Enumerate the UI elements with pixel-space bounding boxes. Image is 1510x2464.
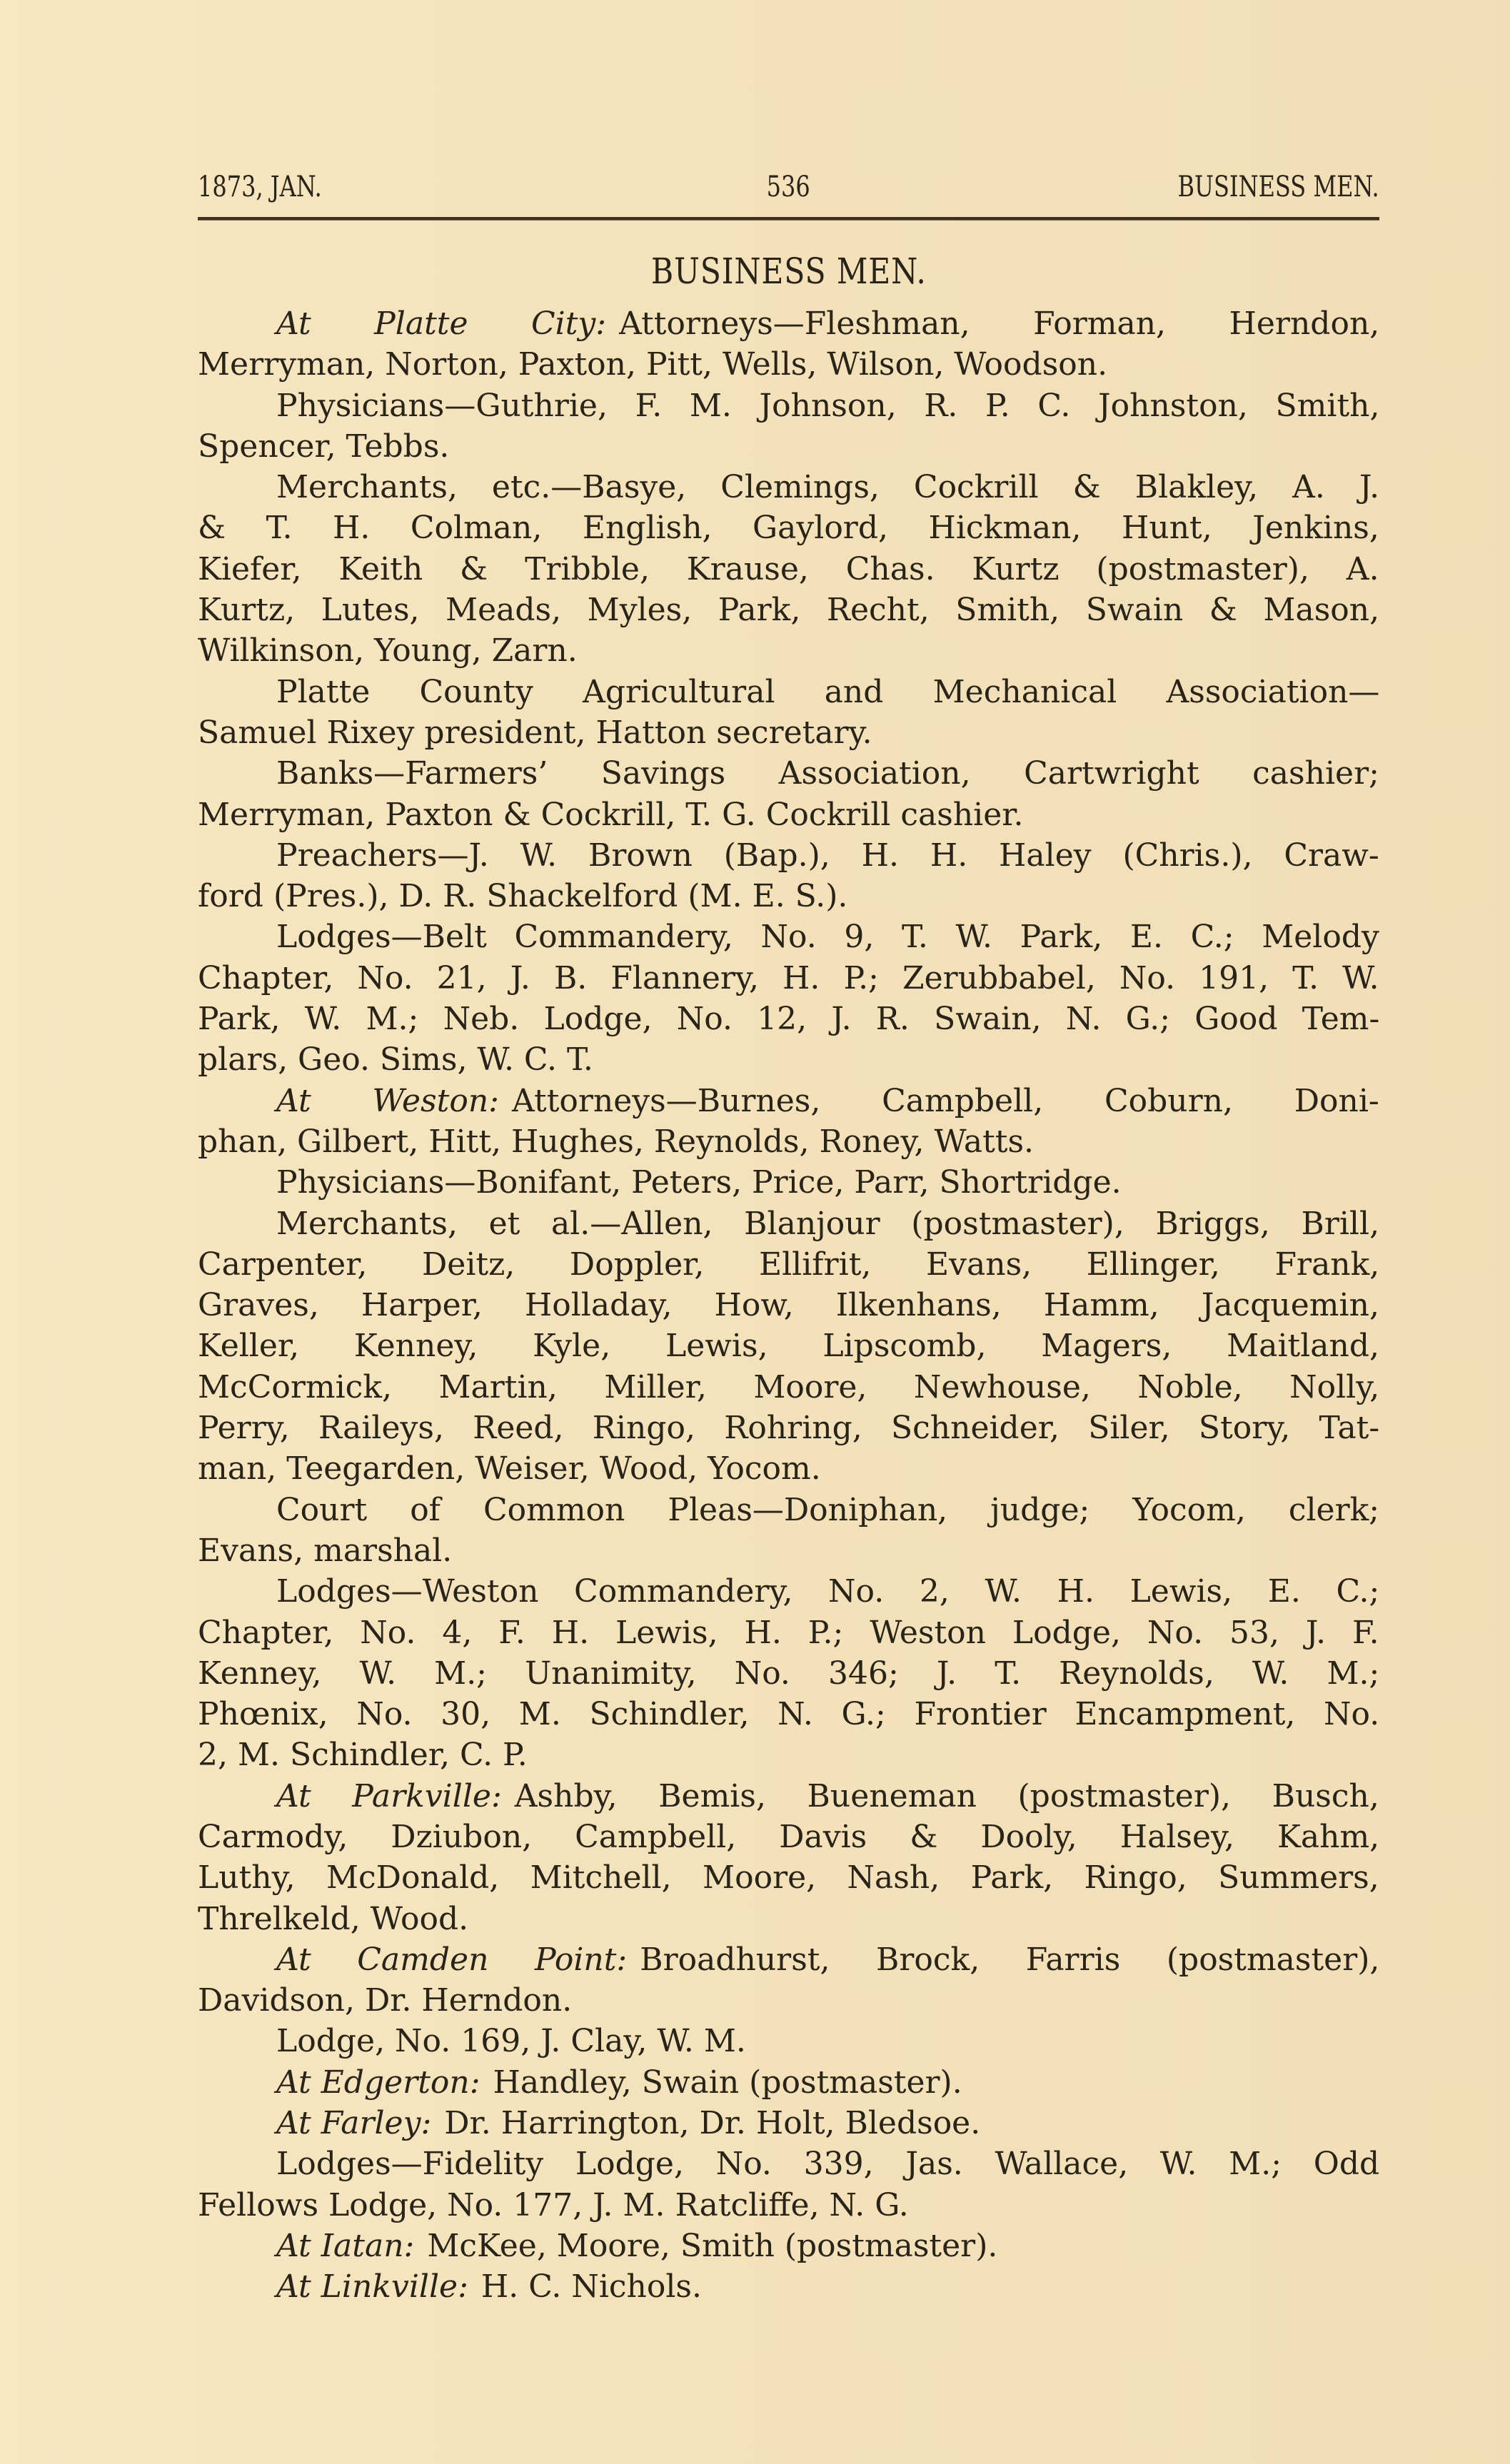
line-text: & T. H. Colman, English, Gaylord, Hickma… (198, 510, 1379, 546)
line-text: Kurtz, Lutes, Meads, Myles, Park, Recht,… (198, 592, 1379, 628)
text-line: Preachers—J. W. Brown (Bap.), H. H. Hale… (198, 835, 1379, 876)
text-line: Merchants, et al.—Allen, Blanjour (postm… (198, 1203, 1379, 1244)
place-name-heading: At Camden Point: (276, 1942, 627, 1978)
text-line: Lodge, No. 169, J. Clay, W. M. (198, 2021, 1379, 2061)
line-text: Wilkinson, Young, Zarn. (198, 632, 578, 669)
text-line: At Edgerton:Handley, Swain (postmaster). (198, 2062, 1379, 2103)
text-line: At Weston:Attorneys—Burnes, Campbell, Co… (198, 1081, 1379, 1121)
text-line: Wilkinson, Young, Zarn. (198, 630, 1379, 671)
line-text: Merryman, Norton, Paxton, Pitt, Wells, W… (198, 346, 1107, 383)
text-line: man, Teegarden, Weiser, Wood, Yocom. (198, 1448, 1379, 1489)
text-line: Court of Common Pleas—Doniphan, judge; Y… (198, 1490, 1379, 1530)
line-text: man, Teegarden, Weiser, Wood, Yocom. (198, 1450, 821, 1487)
text-line: Merchants, etc.—Basye, Clemings, Cockril… (198, 467, 1379, 508)
text-line: Spencer, Tebbs. (198, 426, 1379, 467)
text-line: Carpenter, Deitz, Doppler, Ellifrit, Eva… (198, 1244, 1379, 1285)
line-text: Keller, Kenney, Kyle, Lewis, Lipscomb, M… (198, 1328, 1379, 1364)
text-line: Kenney, W. M.; Unanimity, No. 346; J. T.… (198, 1653, 1379, 1694)
line-text: Platte County Agricultural and Mechanica… (276, 674, 1379, 710)
text-line: Carmody, Dziubon, Campbell, Davis & Dool… (198, 1817, 1379, 1857)
line-text: Kiefer, Keith & Tribble, Krause, Chas. K… (198, 551, 1379, 587)
line-text: Threlkeld, Wood. (198, 1901, 468, 1937)
running-head-section-text: BUSINESS MEN. (1178, 166, 1379, 208)
text-line: Park, W. M.; Neb. Lodge, No. 12, J. R. S… (198, 999, 1379, 1039)
line-text: Attorneys—Fleshman, Forman, Herndon, (619, 306, 1379, 342)
line-text: Spencer, Tebbs. (198, 428, 449, 465)
line-text: Merryman, Paxton & Cockrill, T. G. Cockr… (198, 797, 1023, 833)
place-name-heading: At Parkville: (276, 1778, 502, 1814)
text-line: Graves, Harper, Holladay, How, Ilkenhans… (198, 1285, 1379, 1326)
line-text: Dr. Harrington, Dr. Holt, Bledsoe. (444, 2105, 980, 2141)
header-rule-divider (198, 217, 1379, 221)
place-name-heading: At Weston: (276, 1083, 499, 1119)
line-text: Merchants, etc.—Basye, Clemings, Cockril… (276, 469, 1379, 505)
text-line: Luthy, McDonald, Mitchell, Moore, Nash, … (198, 1857, 1379, 1898)
line-text: Carmody, Dziubon, Campbell, Davis & Dool… (198, 1819, 1379, 1855)
line-text: Ashby, Bemis, Bueneman (postmaster), Bus… (515, 1778, 1379, 1814)
text-line: phan, Gilbert, Hitt, Hughes, Reynolds, R… (198, 1121, 1379, 1162)
text-line: At Farley:Dr. Harrington, Dr. Holt, Bled… (198, 2103, 1379, 2144)
text-line: At Camden Point:Broadhurst, Brock, Farri… (198, 1939, 1379, 1980)
text-line: McCormick, Martin, Miller, Moore, Newhou… (198, 1367, 1379, 1408)
text-line: Banks—Farmers’ Savings Association, Cart… (198, 753, 1379, 794)
text-line: Perry, Raileys, Reed, Ringo, Rohring, Sc… (198, 1408, 1379, 1448)
text-line: Keller, Kenney, Kyle, Lewis, Lipscomb, M… (198, 1326, 1379, 1366)
text-line: Lodges—Belt Commandery, No. 9, T. W. Par… (198, 917, 1379, 957)
line-text: Graves, Harper, Holladay, How, Ilkenhans… (198, 1287, 1379, 1323)
line-text: McKee, Moore, Smith (postmaster). (427, 2228, 997, 2264)
line-text: phan, Gilbert, Hitt, Hughes, Reynolds, R… (198, 1124, 1034, 1160)
text-line: & T. H. Colman, English, Gaylord, Hickma… (198, 508, 1379, 548)
text-line: Physicians—Guthrie, F. M. Johnson, R. P.… (198, 385, 1379, 426)
line-text: Kenney, W. M.; Unanimity, No. 346; J. T.… (198, 1655, 1379, 1692)
line-text: Fellows Lodge, No. 177, J. M. Ratcliffe,… (198, 2187, 909, 2223)
text-line: ford (Pres.), D. R. Shackelford (M. E. S… (198, 876, 1379, 917)
line-text: Attorneys—Burnes, Campbell, Coburn, Doni… (512, 1083, 1379, 1119)
text-line: At Linkville:H. C. Nichols. (198, 2266, 1379, 2307)
line-text: Handley, Swain (postmaster). (493, 2064, 962, 2101)
text-line: Lodges—Weston Commandery, No. 2, W. H. L… (198, 1571, 1379, 1612)
line-text: Broadhurst, Brock, Farris (postmaster), (640, 1942, 1379, 1978)
text-line: Evans, marshal. (198, 1530, 1379, 1571)
line-text: Court of Common Pleas—Doniphan, judge; Y… (276, 1492, 1379, 1528)
place-name-heading: At Linkville: (276, 2268, 468, 2305)
place-name-heading: At Platte City: (276, 306, 606, 342)
line-text: McCormick, Martin, Miller, Moore, Newhou… (198, 1369, 1379, 1405)
line-text: Park, W. M.; Neb. Lodge, No. 12, J. R. S… (198, 1001, 1379, 1037)
line-text: Evans, marshal. (198, 1533, 452, 1569)
running-head-section: BUSINESS MEN. (1127, 166, 1379, 208)
text-line: Fellows Lodge, No. 177, J. M. Ratcliffe,… (198, 2185, 1379, 2226)
line-text: H. C. Nichols. (481, 2268, 702, 2305)
line-text: Lodge, No. 169, J. Clay, W. M. (276, 2023, 746, 2059)
text-line: Physicians—Bonifant, Peters, Price, Parr… (198, 1162, 1379, 1203)
line-text: Banks—Farmers’ Savings Association, Cart… (276, 755, 1379, 792)
text-line: 2, M. Schindler, C. P. (198, 1735, 1379, 1775)
text-line: Phœnix, No. 30, M. Schindler, N. G.; Fro… (198, 1694, 1379, 1735)
text-line: Davidson, Dr. Herndon. (198, 1980, 1379, 2021)
line-text: Lodges—Weston Commandery, No. 2, W. H. L… (276, 1573, 1379, 1610)
text-line: At Parkville:Ashby, Bemis, Bueneman (pos… (198, 1776, 1379, 1817)
line-text: Perry, Raileys, Reed, Ringo, Rohring, Sc… (198, 1410, 1379, 1446)
text-line: At Platte City:Attorneys—Fleshman, Forma… (198, 303, 1379, 344)
text-line: Lodges—Fidelity Lodge, No. 339, Jas. Wal… (198, 2144, 1379, 2184)
line-text: Luthy, McDonald, Mitchell, Moore, Nash, … (198, 1859, 1379, 1896)
line-text: Phœnix, No. 30, M. Schindler, N. G.; Fro… (198, 1696, 1379, 1732)
text-line: Platte County Agricultural and Mechanica… (198, 672, 1379, 712)
text-line: plars, Geo. Sims, W. C. T. (198, 1039, 1379, 1080)
directory-listing-body: At Platte City:Attorneys—Fleshman, Forma… (198, 303, 1379, 2308)
place-name-heading: At Iatan: (276, 2228, 414, 2264)
page-number-text: 536 (767, 166, 810, 208)
line-text: ford (Pres.), D. R. Shackelford (M. E. S… (198, 878, 847, 914)
text-line: At Iatan:McKee, Moore, Smith (postmaster… (198, 2226, 1379, 2266)
line-text: plars, Geo. Sims, W. C. T. (198, 1041, 593, 1078)
section-title: BUSINESS MEN. (198, 248, 1379, 294)
line-text: Merchants, et al.—Allen, Blanjour (postm… (276, 1206, 1379, 1242)
line-text: Lodges—Fidelity Lodge, No. 339, Jas. Wal… (276, 2146, 1379, 2182)
line-text: Davidson, Dr. Herndon. (198, 1982, 572, 2019)
text-line: Kiefer, Keith & Tribble, Krause, Chas. K… (198, 549, 1379, 590)
line-text: Samuel Rixey president, Hatton secretary… (198, 715, 872, 751)
line-text: 2, M. Schindler, C. P. (198, 1737, 528, 1773)
text-line: Samuel Rixey president, Hatton secretary… (198, 712, 1379, 753)
text-line: Chapter, No. 4, F. H. Lewis, H. P.; West… (198, 1612, 1379, 1653)
text-line: Threlkeld, Wood. (198, 1899, 1379, 1939)
line-text: Chapter, No. 21, J. B. Flannery, H. P.; … (198, 960, 1379, 996)
line-text: Carpenter, Deitz, Doppler, Ellifrit, Eva… (198, 1246, 1379, 1283)
line-text: Lodges—Belt Commandery, No. 9, T. W. Par… (276, 919, 1379, 955)
line-text: Preachers—J. W. Brown (Bap.), H. H. Hale… (276, 837, 1379, 874)
line-text: Chapter, No. 4, F. H. Lewis, H. P.; West… (198, 1615, 1379, 1651)
text-line: Merryman, Paxton & Cockrill, T. G. Cockr… (198, 794, 1379, 835)
text-line: Kurtz, Lutes, Meads, Myles, Park, Recht,… (198, 590, 1379, 630)
text-line: Merryman, Norton, Paxton, Pitt, Wells, W… (198, 344, 1379, 385)
place-name-heading: At Edgerton: (276, 2064, 480, 2101)
text-line: Chapter, No. 21, J. B. Flannery, H. P.; … (198, 958, 1379, 999)
line-text: Physicians—Bonifant, Peters, Price, Parr… (276, 1164, 1122, 1201)
place-name-heading: At Farley: (276, 2105, 431, 2141)
section-title-text: BUSINESS MEN. (651, 248, 927, 294)
line-text: Physicians—Guthrie, F. M. Johnson, R. P.… (276, 388, 1379, 424)
